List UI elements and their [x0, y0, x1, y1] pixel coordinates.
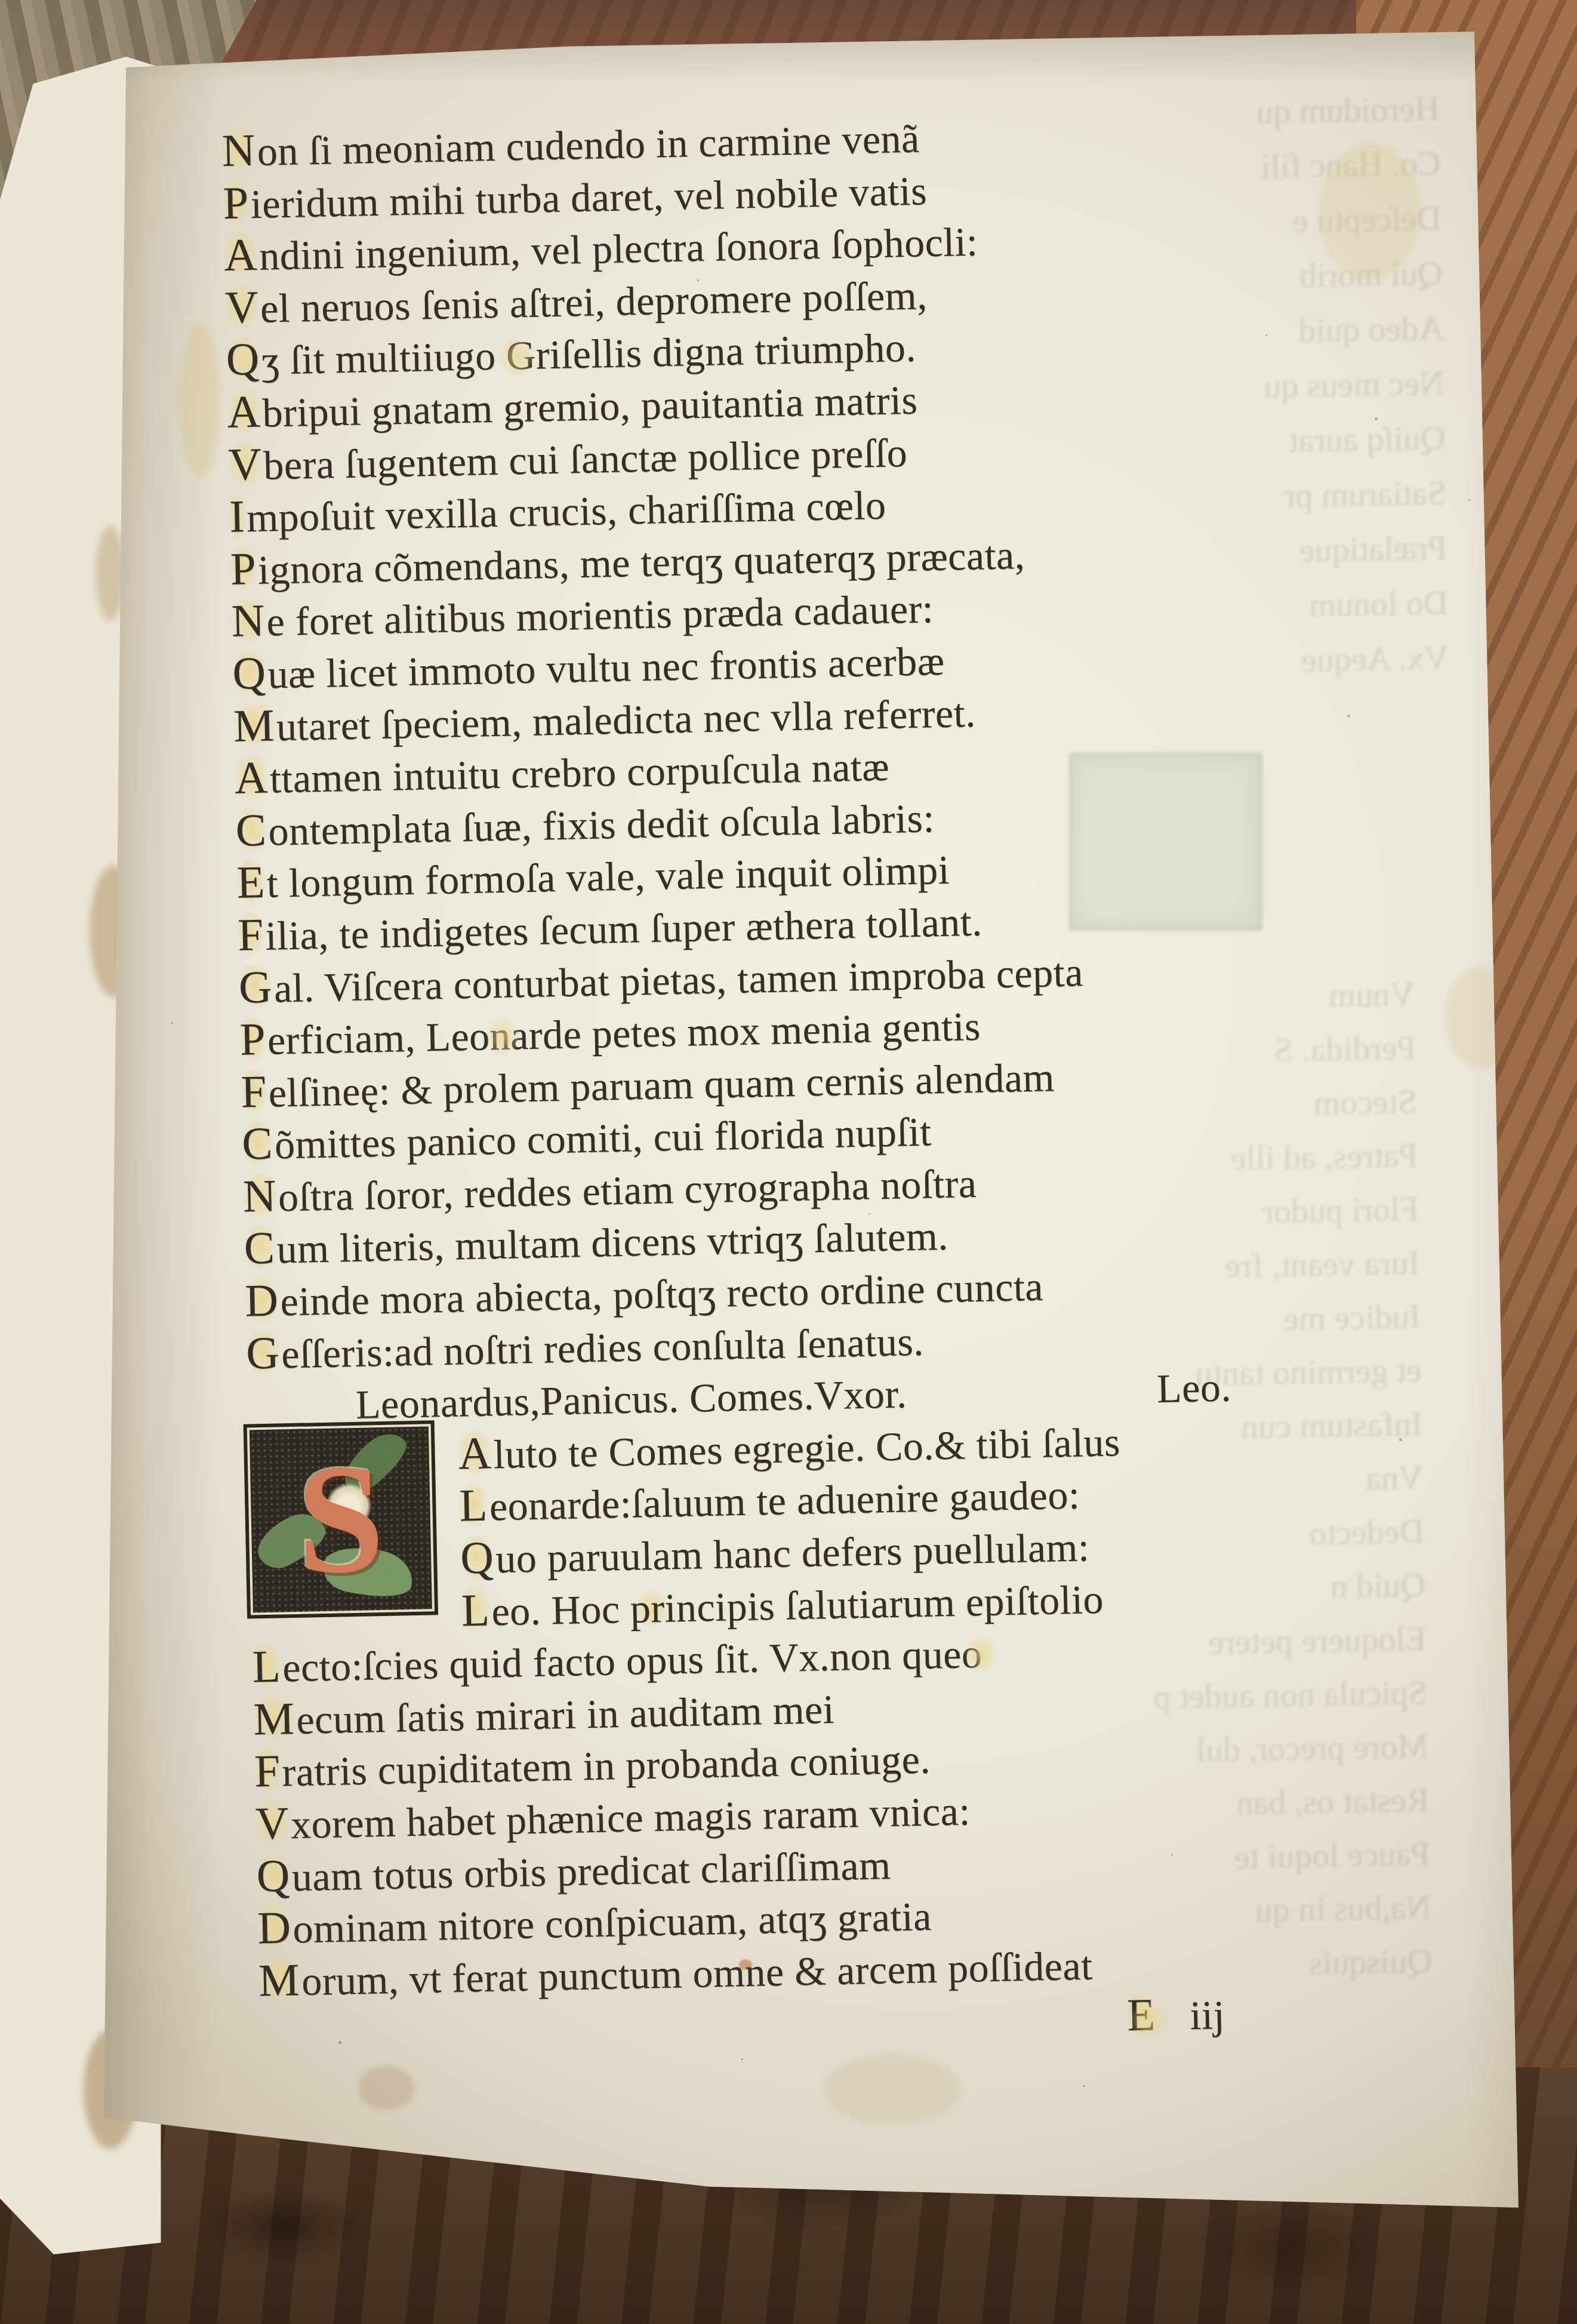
illuminated-capital: M [231, 703, 276, 749]
verse-text: utaret ſpeciem, maledicta nec vlla refer… [276, 689, 976, 749]
illuminated-capital: V [253, 1800, 291, 1847]
verse-text: ieridum mihi turba daret, vel nobile vat… [250, 168, 928, 227]
illuminated-capital: L [459, 1587, 492, 1634]
text-block: Non ſi meoniam cudendo in carmine venãPi… [220, 104, 1387, 2061]
verse-text: eſſeris:ad noſtri redies conſulta ſenatu… [281, 1318, 925, 1377]
illuminated-capital: C [242, 1226, 277, 1272]
verse-text: mpoſuit vexilla crucis, chariſſima cœlo [246, 482, 886, 540]
illuminated-capital: D [243, 1278, 281, 1324]
yellow-wash [958, 1627, 1005, 1681]
verse-text: uo paruulam hanc defers puellulam: [495, 1524, 1089, 1581]
foxing-stain [824, 2054, 961, 2125]
illuminated-capital: Q [224, 337, 262, 383]
verse-text: ilia, te indigetes ſecum ſuper æthera to… [265, 899, 983, 959]
illuminated-capital: F [239, 1069, 269, 1115]
illuminated-capital: V [223, 284, 261, 331]
illuminated-capital: M [251, 1696, 297, 1743]
verse-text: ecum ſatis mirari in auditam mei [296, 1686, 835, 1743]
verse-text: erficiam, Leonarde petes mox menia genti… [267, 1004, 981, 1063]
verse-text: ʒ ſit multiiugo Griſellis digna triumpho… [261, 325, 916, 383]
verse-text: ndini ingenium, vel plectra ſonora ſopho… [259, 219, 978, 279]
illuminated-capital: C [233, 807, 269, 854]
illuminated-capital: F [252, 1749, 283, 1795]
verse-text: ratris cupiditatem in probanda coniuge. [282, 1737, 931, 1795]
book-page: Heroidum quCo. Hanc filiDeſceptu eQui mo… [0, 0, 1577, 2324]
verse-section: Lecto:ſcies quid facto opus ſit. Vx.non … [250, 1620, 1385, 2009]
illuminated-capital: A [456, 1430, 494, 1477]
verse-text: ominam nitore conſpicuam, atqʒ gratia [292, 1894, 932, 1951]
illuminated-capital: C [239, 1121, 275, 1168]
illuminated-capital: G [244, 1330, 282, 1377]
verse-text: bripui gnatam gremio, pauitantia matris [262, 377, 918, 436]
illuminated-capital: F [235, 912, 266, 959]
illuminated-capital: L [250, 1644, 283, 1691]
yellow-wash [1124, 1993, 1175, 2047]
initial-letter: S [250, 1426, 432, 1612]
verse-text: t longum formoſa vale, vale inquit olimp… [266, 847, 950, 906]
initial-row: S Aluto te Comes egregie. Co.& tibi ſalu… [246, 1411, 1378, 1642]
illuminated-capital: N [241, 1173, 279, 1220]
verse-text: e foret alitibus morientis præda cadauer… [266, 586, 934, 645]
foxing-stain [358, 2066, 415, 2110]
illuminated-capital: E [235, 860, 267, 906]
illuminated-capital: P [228, 546, 258, 593]
illuminated-capital: Q [254, 1853, 292, 1900]
illuminated-capital: A [222, 232, 260, 279]
verse-text: oſtra ſoror, reddes etiam cyrographa noſ… [278, 1161, 977, 1220]
illuminated-capital: A [225, 389, 263, 436]
woodcut-initial: S [250, 1426, 432, 1612]
illuminated-capital: P [238, 1017, 268, 1063]
verse-text: ontemplata ſuæ, fixis dedit oſcula labri… [268, 795, 935, 854]
illuminated-capital: D [255, 1905, 294, 1951]
verse-text: um literis, multam dicens vtriqʒ ſalutem… [276, 1213, 949, 1272]
illuminated-capital: I [227, 494, 247, 540]
verse-text: xorem habet phænice magis raram vnica: [290, 1788, 971, 1847]
illuminated-capital: M [257, 1957, 302, 2004]
heading-speaker: Leo. [1156, 1362, 1231, 1415]
illuminated-capital: G [236, 964, 275, 1011]
illuminated-capital: A [232, 755, 270, 802]
book-photo: Heroidum quCo. Hanc filiDeſceptu eQui mo… [0, 0, 1577, 2324]
verse-text: uam totus orbis predicat clariſſimam [291, 1842, 891, 1900]
verse-section: Non ſi meoniam cudendo in carmine venãPi… [220, 104, 1373, 1381]
illuminated-capital: P [221, 180, 251, 227]
foxing-stain [179, 322, 221, 478]
illuminated-capital: N [220, 128, 258, 174]
illuminated-capital: L [457, 1483, 490, 1529]
verse-text: ttamen intuitu crebro corpuſcula natæ [269, 744, 889, 802]
verse-text: õmittes panico comiti, cui florida nupſi… [274, 1109, 932, 1168]
illuminated-capital: Q [458, 1535, 496, 1581]
verse-text: el neruos ſenis aſtrei, depromere poſſem… [260, 272, 928, 331]
yellow-wash [494, 330, 540, 384]
verse-text: uæ licet immoto vultu nec frontis acerbæ [267, 638, 945, 697]
illuminated-capital: Q [230, 651, 269, 697]
verse-text: on ſi meoniam cudendo in carmine venã [257, 115, 920, 174]
illuminated-capital: N [229, 598, 267, 645]
illuminated-capital: V [226, 441, 264, 488]
verse-text: luto te Comes egregie. Co.& tibi ſalus [493, 1419, 1121, 1477]
verse-text: bera ſugentem cui ſanctæ pollice preſſo [263, 430, 908, 488]
verse-text: eo. Hoc principis ſalutiarum epiſtolio [491, 1576, 1104, 1634]
yellow-wash [480, 1010, 526, 1064]
verse-text: eonarde:ſaluum te aduenire gaudeo: [489, 1472, 1080, 1529]
